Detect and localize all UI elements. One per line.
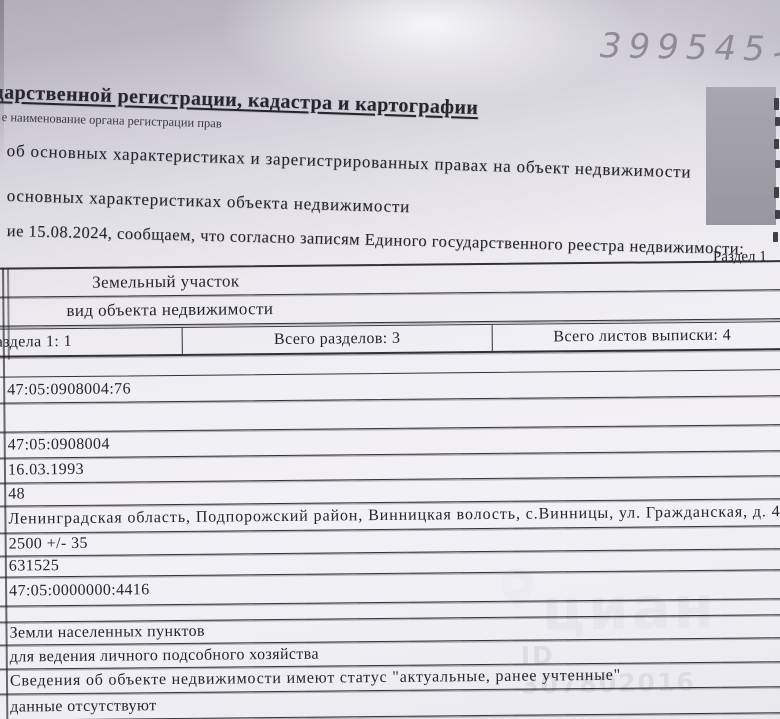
sheet-number-cell: аздела 1: 1 (0, 328, 183, 356)
handwritten-number: 399545 (600, 26, 780, 70)
statement-line-1: об основных характеристиках и зарегистри… (6, 141, 691, 183)
handwritten-mark (771, 37, 780, 57)
section-label: Раздел 1 (713, 249, 767, 266)
object-type-caption-row: вид объекта недвижимости (0, 290, 780, 327)
edge-text-fragment (773, 232, 778, 242)
document-photo: 399545 циан ID 307802016 дарственной рег… (0, 0, 780, 719)
total-sheets-cell: Всего листов выписки: 4 (493, 322, 780, 351)
total-sections-cell: Всего разделов: 3 (183, 325, 493, 354)
edge-text-fragment (775, 117, 780, 126)
edge-text-fragment (774, 187, 779, 198)
edge-text-fragment (775, 210, 780, 219)
statement-line-2: основных характеристиках объекта недвижи… (6, 186, 410, 217)
edge-text-fragment (774, 98, 779, 110)
handwritten-number-text: 399545 (600, 26, 773, 70)
redaction-box (706, 87, 776, 225)
edge-text-fragment (774, 139, 779, 149)
registry-authority-caption: е наименование органа регистрации прав (2, 110, 222, 132)
edge-text-fragment (775, 160, 780, 168)
statement-line-3: ие 15.08.2024, сообщаем, что согласно за… (7, 221, 745, 259)
egrn-table: Земельный участок вид объекта недвижимос… (0, 260, 780, 719)
